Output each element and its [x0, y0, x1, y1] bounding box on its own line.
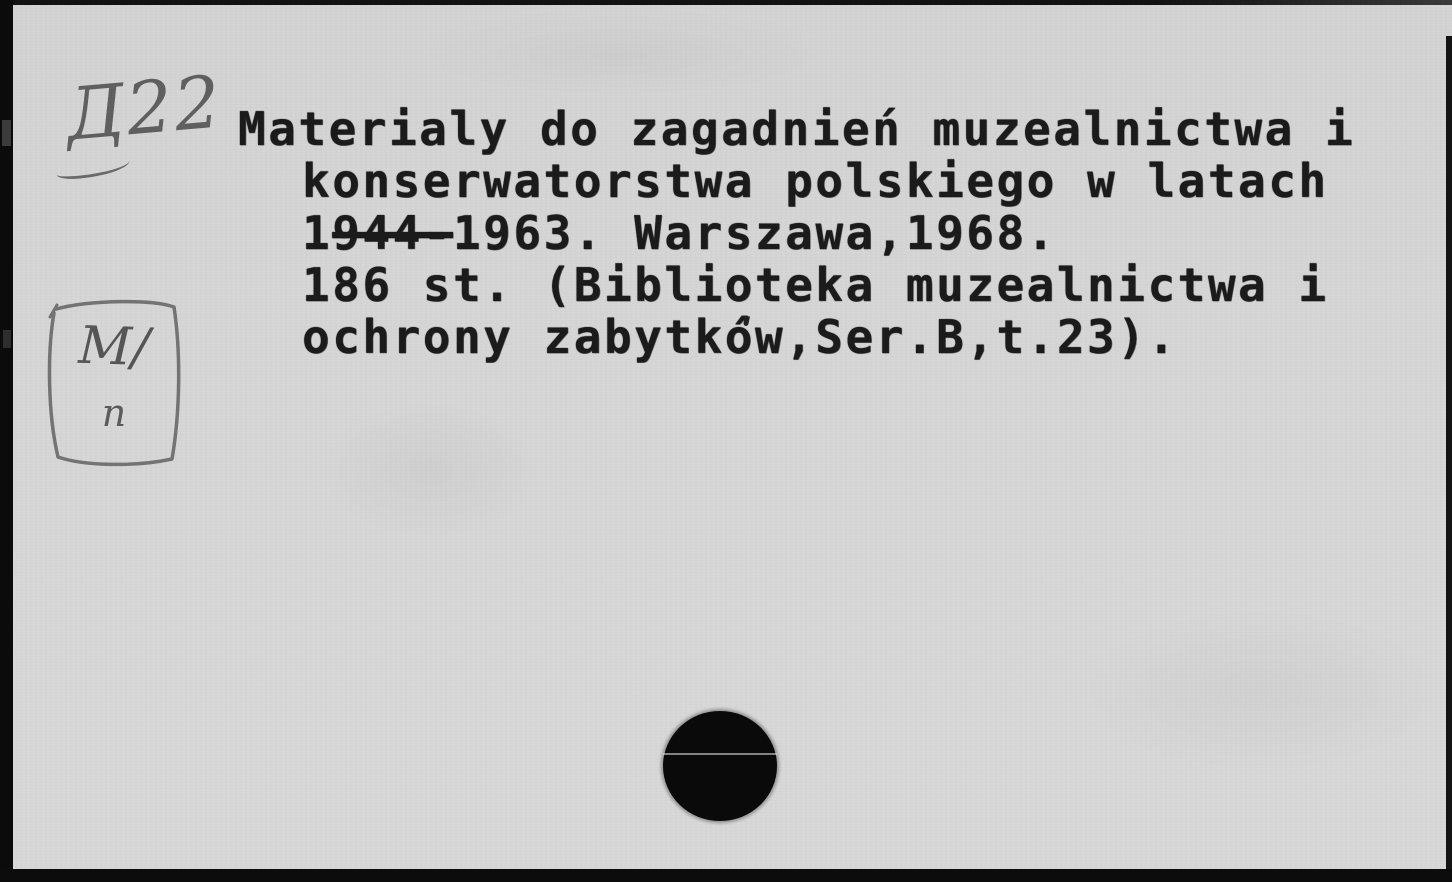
box-mark-top: М/ [39, 314, 189, 379]
scan-edge-notch [3, 330, 11, 348]
entry-line-2: konserwatorstwa polskiego w latach [302, 155, 1355, 207]
entry-line-5: ochrony zabytków,Ser.B,t.23). [302, 311, 1355, 363]
scan-edge-top [0, 0, 1452, 5]
call-number-underline-flourish [55, 154, 131, 182]
handwritten-location-box: М/ п [40, 295, 188, 471]
entry-line-3: 1944-1963. Warszawa,1968. [302, 207, 1355, 259]
scan-edge-left [0, 0, 13, 882]
handwritten-call-number: Д22 [63, 59, 226, 156]
catalog-card-scan: Д22 М/ п Materialy do zagadnień muzealni… [0, 0, 1452, 882]
catalog-entry: Materialy do zagadnień muzealnictwa i ko… [238, 103, 1355, 363]
punch-hole-scanline [663, 753, 777, 755]
entry-line-4: 186 st. (Biblioteka muzealnictwa i [302, 259, 1355, 311]
scan-edge-right [1446, 36, 1452, 882]
punch-hole-dot [663, 711, 777, 821]
scan-edge-notch [2, 120, 11, 146]
entry-title-text: Materialy do zagadnień muzealnictwa i [238, 102, 1355, 156]
entry-line-1: Materialy do zagadnień muzealnictwa i [238, 103, 1355, 155]
box-mark-bottom: п [40, 391, 188, 435]
scan-edge-bottom [0, 869, 1452, 882]
overstruck-text: 944- [332, 206, 453, 260]
